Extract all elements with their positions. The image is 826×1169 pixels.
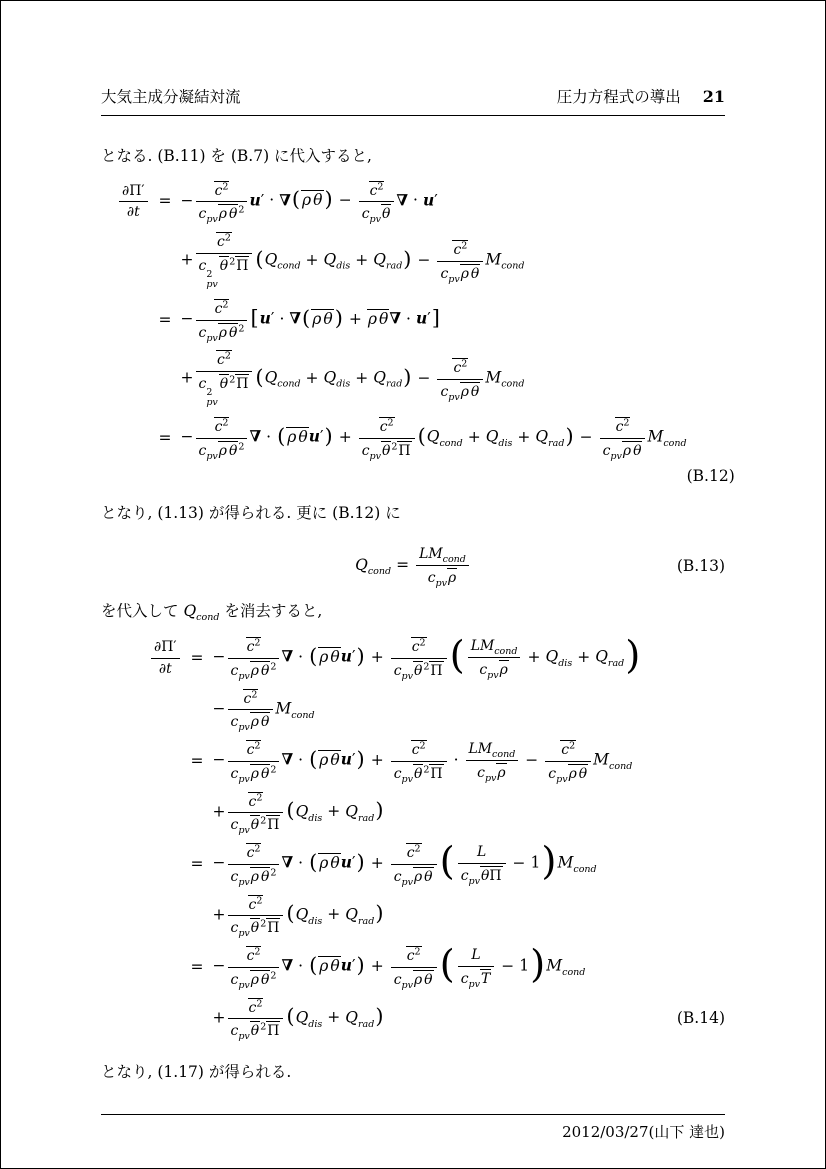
equation-rhs: −c2cpvρθ2∇·(ρθu′)+c2cpvθ2Π(LMcondcpvρ+Qd…: [213, 632, 677, 683]
equation-lhs: [149, 963, 182, 971]
paragraph-intro: となる. (B.11) を (B.7) に代入すると,: [101, 146, 725, 168]
equation-b13: Qcond=LMcondcpvρ (B.13): [101, 545, 725, 586]
equation-relation: =: [150, 307, 181, 333]
equation-relation: [150, 375, 181, 383]
equation-tag: [687, 256, 735, 264]
equation-relation: [182, 705, 213, 713]
equation-tag: [677, 911, 725, 919]
equation-tag-b13: (B.13): [677, 557, 725, 575]
equation-tag: [677, 860, 725, 868]
equation-relation: =: [182, 748, 213, 774]
equation-relation: =: [182, 645, 213, 671]
equation-rhs: +c2c2pvθ2Π(Qcond+Qdis+Qrad)−c2cpvρθMcond: [181, 345, 687, 412]
equation-tag: (B.12): [687, 463, 735, 489]
equation-lhs: [149, 860, 182, 868]
equation-relation: =: [150, 425, 181, 451]
header-rule: [101, 115, 725, 116]
equation-lhs: [117, 256, 150, 264]
equation-rhs: +c2cpvθ2Π(Qdis+Qrad): [213, 993, 677, 1044]
equation-rhs: [181, 472, 687, 480]
equation-tag: [677, 705, 725, 713]
equation-tag: (B.14): [677, 1005, 725, 1031]
equation-rhs: −c2cpvρθMcond: [213, 684, 677, 735]
equation-lhs: [117, 472, 150, 480]
equation-lhs: [149, 1014, 182, 1022]
inline-math-qcond: Qcond: [183, 602, 219, 620]
equation-rhs: −c2cpvρθ2u′·∇(ρθ)−c2cpvθ∇·u′: [181, 176, 687, 227]
equation-lhs: [117, 375, 150, 383]
equation-relation: [182, 911, 213, 919]
equation-rhs: −c2cpvρθ2[u′·∇(ρθ)+ρθ∇·u′]: [181, 294, 687, 345]
document-page: 大気主成分凝結対流 圧力方程式の導出 21 となる. (B.11) を (B.7…: [0, 0, 826, 1169]
paragraph-closing: となり, (1.17) が得られる.: [101, 1062, 725, 1084]
paragraph-3: を代入して Qcond を消去すると,: [101, 601, 725, 623]
equation-lhs: [117, 434, 150, 442]
equation-b14: ∂Π′∂t=−c2cpvρθ2∇·(ρθu′)+c2cpvθ2Π(LMcondc…: [149, 632, 725, 1044]
paragraph-3-post: を消去すると,: [219, 602, 322, 620]
equation-rhs: +c2cpvθ2Π(Qdis+Qrad): [213, 890, 677, 941]
equation-lhs: ∂Π′∂t: [117, 178, 150, 225]
equation-relation: =: [182, 954, 213, 980]
equation-tag: [687, 316, 735, 324]
paragraph-2: となり, (1.13) が得られる. 更に (B.12) に: [101, 503, 725, 525]
page-number: 21: [703, 87, 725, 106]
header-right: 圧力方程式の導出 21: [557, 85, 725, 107]
equation-tag: [677, 757, 725, 765]
equation-tag: [687, 197, 735, 205]
equation-b12: ∂Π′∂t=−c2cpvρθ2u′·∇(ρθ)−c2cpvθ∇·u′+c2c2p…: [117, 176, 725, 490]
equation-lhs: ∂Π′∂t: [149, 634, 182, 681]
header-right-title: 圧力方程式の導出: [557, 85, 681, 107]
equation-tag: [677, 654, 725, 662]
paragraph-3-pre: を代入して: [101, 602, 183, 620]
equation-rhs: −c2cpvρθ2∇·(ρθu′)+c2cpvθ2Π·LMcondcpvρ−c2…: [213, 735, 677, 786]
math-expression-b13: Qcond=LMcondcpvρ: [355, 556, 471, 574]
footer-date: 2012/03/27(山下 達也): [101, 1121, 725, 1142]
equation-relation: =: [182, 851, 213, 877]
equation-rhs: +c2cpvθ2Π(Qdis+Qrad): [213, 787, 677, 838]
equation-tag: [687, 375, 735, 383]
equation-relation: [150, 472, 181, 480]
equation-relation: [182, 1014, 213, 1022]
footer-rule: [101, 1114, 725, 1115]
equation-relation: =: [150, 188, 181, 214]
equation-tag: [677, 963, 725, 971]
equation-lhs: [117, 316, 150, 324]
equation-lhs: [149, 911, 182, 919]
equation-tag: [677, 808, 725, 816]
equation-rhs: −c2cpvρθ2∇·(ρθu′)+c2cpvρθ(LcpvθΠ−1)Mcond: [213, 838, 677, 889]
equation-rhs: −c2cpvρθ2∇·(ρθu′)+c2cpvρθ(LcpvT−1)Mcond: [213, 941, 677, 992]
header-left-title: 大気主成分凝結対流: [101, 85, 241, 107]
page-header: 大気主成分凝結対流 圧力方程式の導出 21: [101, 85, 725, 107]
equation-relation: [182, 808, 213, 816]
equation-rhs: +c2c2pvθ2Π(Qcond+Qdis+Qrad)−c2cpvρθMcond: [181, 227, 687, 294]
equation-lhs: [149, 757, 182, 765]
equation-rhs: −c2cpvρθ2∇·(ρθu′)+c2cpvθ2Π(Qcond+Qdis+Qr…: [181, 412, 687, 463]
equation-lhs: [149, 705, 182, 713]
equation-tag: [687, 434, 735, 442]
equation-lhs: [149, 808, 182, 816]
equation-relation: [150, 256, 181, 264]
